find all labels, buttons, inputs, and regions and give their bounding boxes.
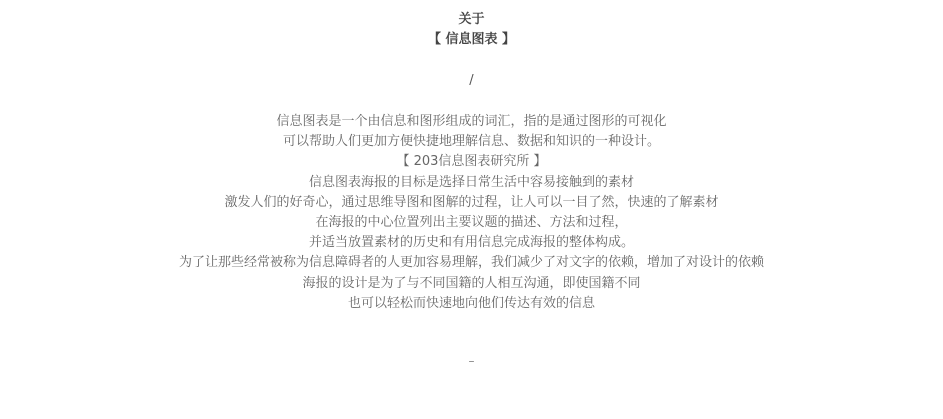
description-line: 为了让那些经常被称为信息障碍者的人更加容易理解，我们减少了对文字的依赖，增加了对…	[0, 253, 943, 273]
about-page: 关于 【 信息图表 】 / 信息图表是一个由信息和图形组成的词汇，指的是通过图形…	[0, 0, 943, 419]
description-line: 激发人们的好奇心，通过思维导图和图解的过程，让人可以一目了然，快速的了解素材	[0, 193, 943, 213]
description-line: 并适当放置素材的历史和有用信息完成海报的整体构成。	[0, 233, 943, 253]
separator-slash: /	[0, 71, 943, 91]
description-line: 可以帮助人们更加方便快捷地理解信息、数据和知识的一种设计。	[0, 132, 943, 152]
description-line: 也可以轻松而快速地向他们传达有效的信息	[0, 294, 943, 314]
description-line: 【 203信息图表研究所 】	[0, 152, 943, 172]
description-line: 信息图表是一个由信息和图形组成的词汇，指的是通过图形的可视化	[0, 112, 943, 132]
description-line: 信息图表海报的目标是选择日常生活中容易接触到的素材	[0, 173, 943, 193]
description-line: 海报的设计是为了与不同国籍的人相互沟通，即使国籍不同	[0, 274, 943, 294]
page-subtitle: 【 信息图表 】	[0, 30, 943, 50]
description-line: 在海报的中心位置列出主要议题的描述、方法和过程，	[0, 213, 943, 233]
footer-dash: –	[0, 351, 943, 371]
page-title: 关于	[0, 10, 943, 30]
description-block: 信息图表是一个由信息和图形组成的词汇，指的是通过图形的可视化 可以帮助人们更加方…	[0, 112, 943, 314]
